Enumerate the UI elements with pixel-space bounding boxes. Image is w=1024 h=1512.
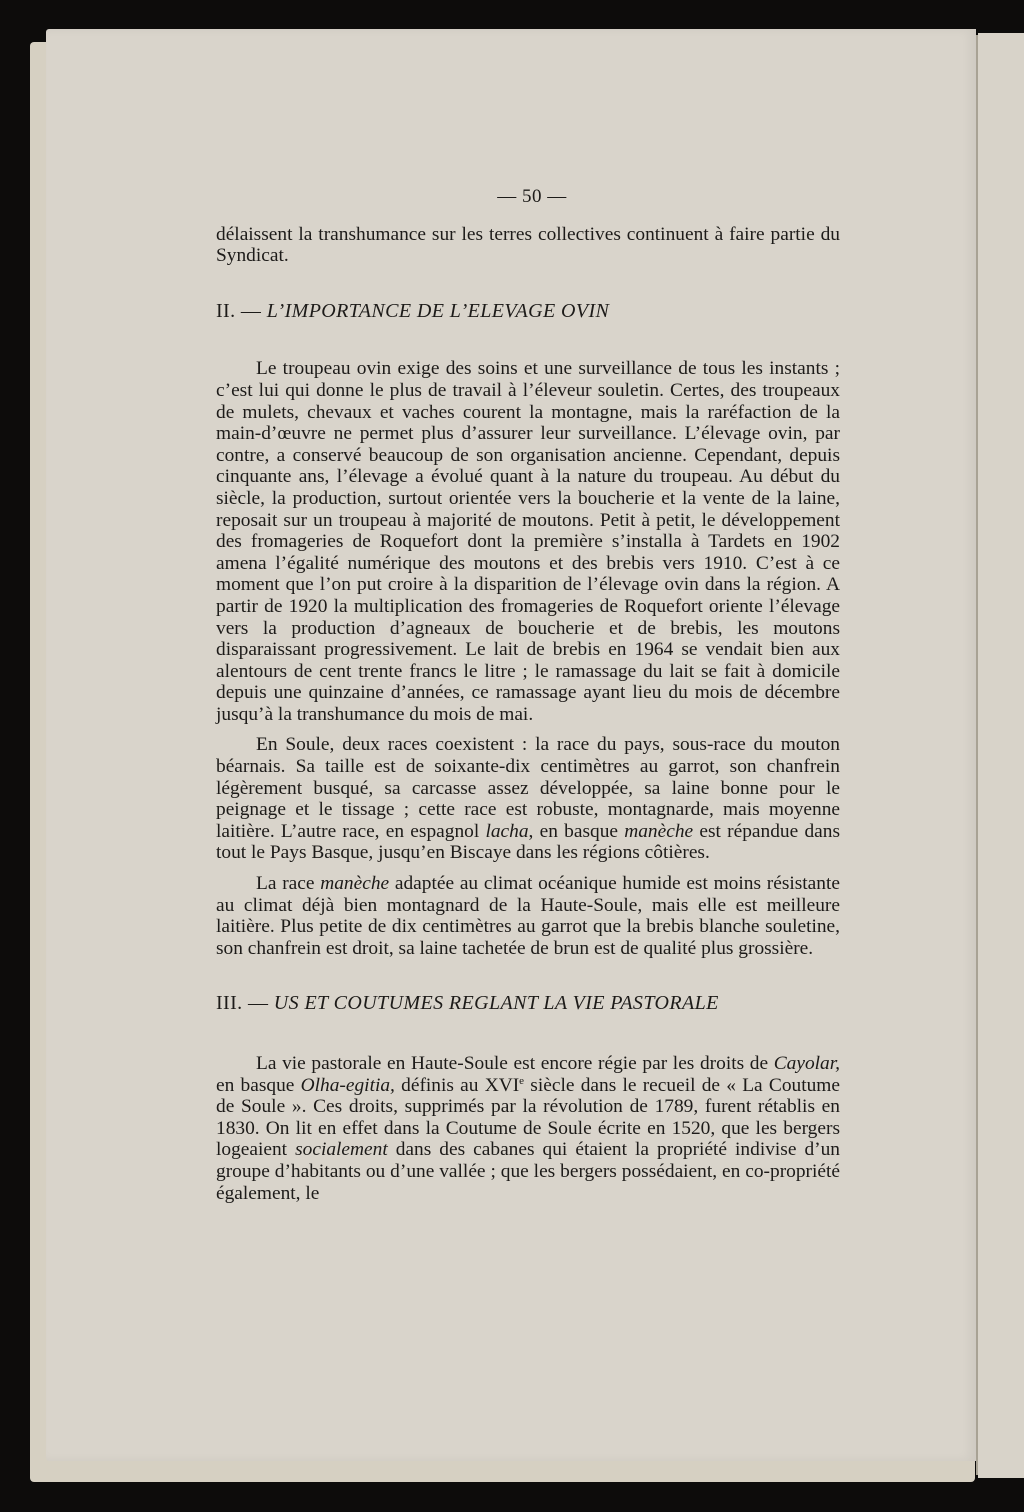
italic-term: socialement [295,1139,388,1160]
paragraph-elevage-history: Le troupeau ovin exige des soins et une … [216,358,840,725]
section-title: US ET COUTUMES REGLANT LA VIE PASTORALE [274,992,719,1014]
paragraph-two-breeds: En Soule, deux races coexistent : la rac… [216,734,840,864]
italic-term: manèche [320,873,389,894]
section-number: III. — [216,992,268,1014]
book-spine [976,35,978,1475]
italic-term: Olha-egitia, [301,1075,395,1096]
italic-term: lacha [485,821,528,842]
text-run: définis au XVI [395,1075,519,1096]
text-run: La race [256,873,320,894]
paragraph-pastoral-rights: La vie pastorale en Haute-Soule est enco… [216,1053,840,1204]
section-title: L’IMPORTANCE DE L’ELEVAGE OVIN [267,300,610,322]
italic-term: Cayolar, [774,1053,840,1074]
page-number: — 50 — [224,186,840,208]
opening-paragraph: délaissent la transhumance sur les terre… [216,224,840,267]
facing-page-edge [978,33,1024,1478]
text-run: , en basque [529,821,625,842]
italic-term: manèche [624,821,693,842]
section-number: II. — [216,300,261,322]
section-heading-2: II. — L’IMPORTANCE DE L’ELEVAGE OVIN [216,301,840,323]
paragraph-maneche-breed: La race manèche adaptée au climat océani… [216,873,840,959]
text-run: en basque [216,1075,301,1096]
text-run: La vie pastorale en Haute-Soule est enco… [256,1053,774,1074]
page-text-block: — 50 — délaissent la transhumance sur le… [216,186,840,1204]
section-heading-3: III. — US ET COUTUMES REGLANT LA VIE PAS… [216,993,840,1015]
